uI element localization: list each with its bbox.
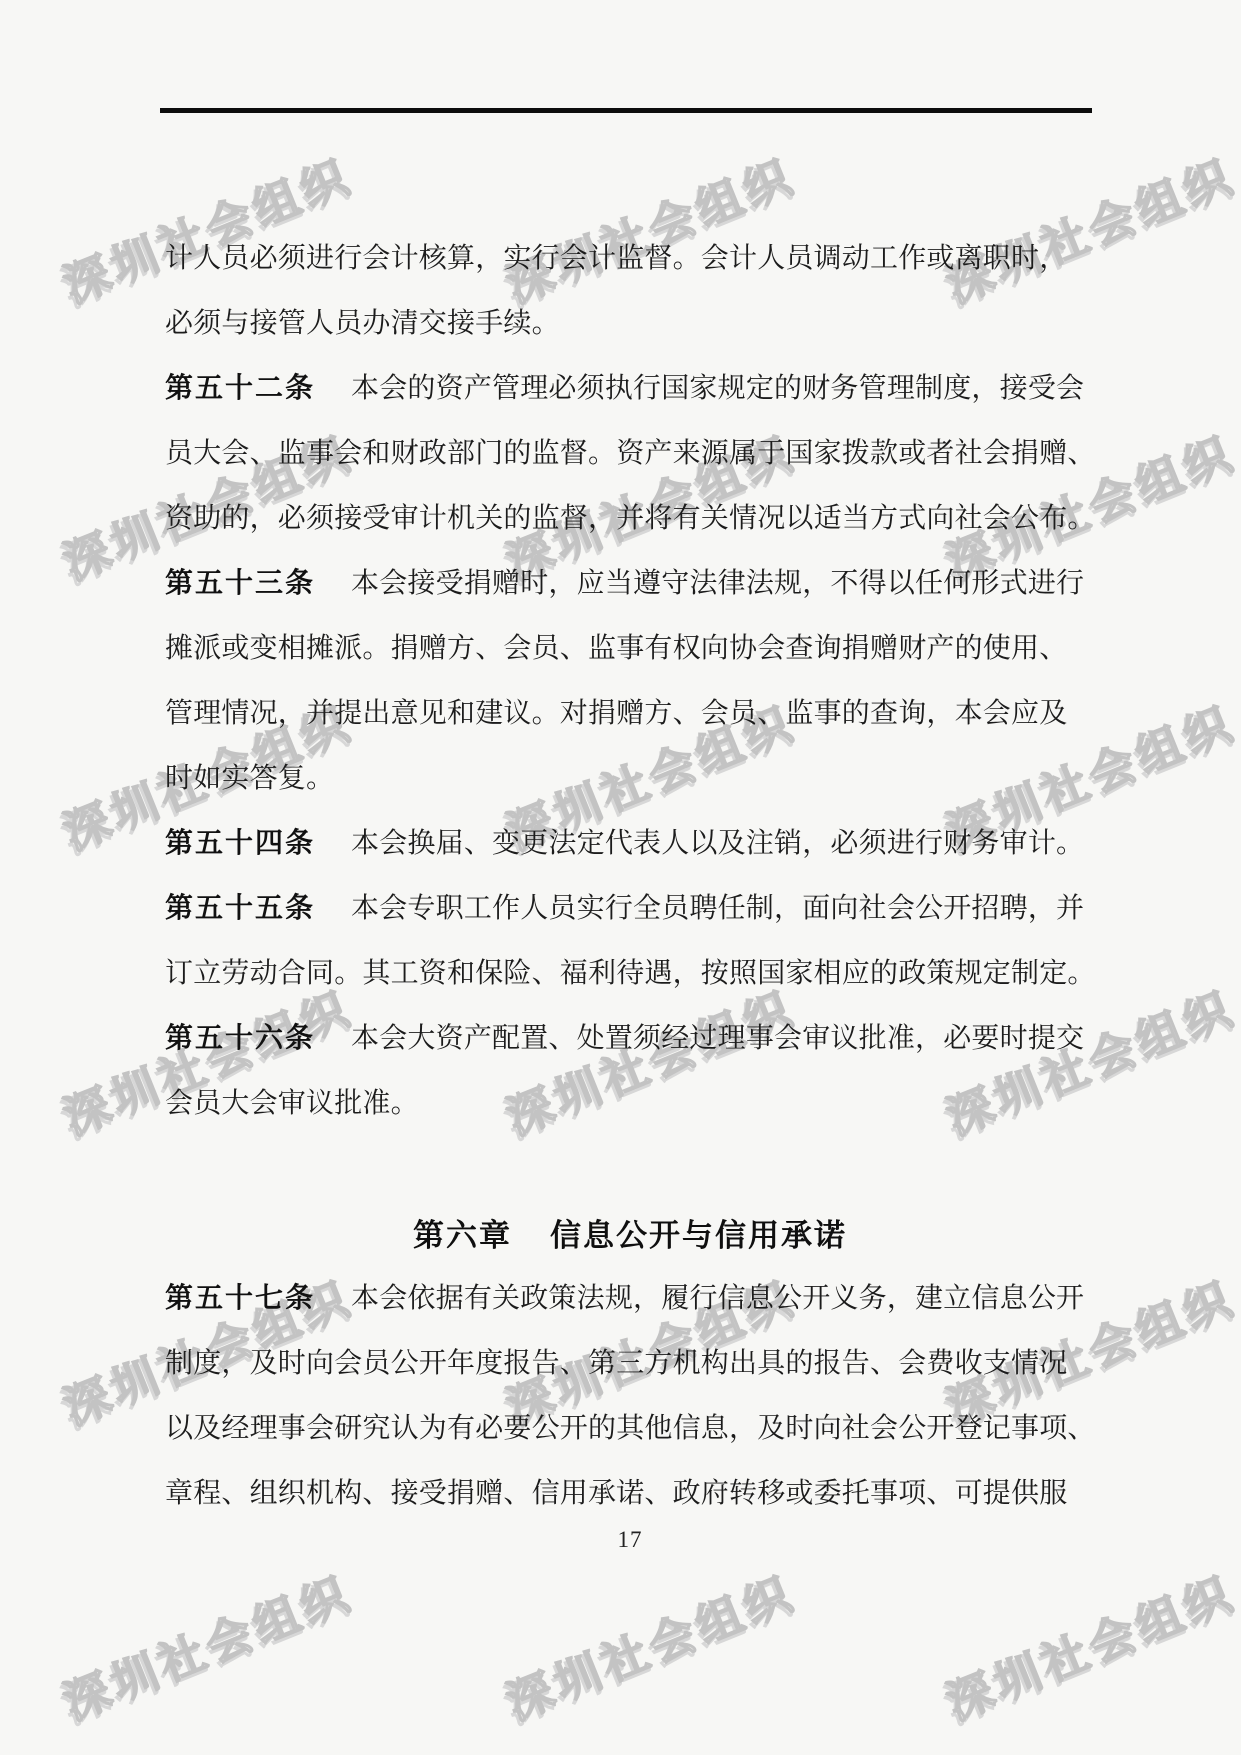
- body-line: 时如实答复。: [165, 745, 1095, 810]
- body-text: 时如实答复。: [165, 763, 334, 794]
- body-text: 本会换届、变更法定代表人以及注销，必须进行财务审计。: [351, 828, 1084, 859]
- body-text: 资助的，必须接受审计机关的监督，并将有关情况以适当方式向社会公布。: [165, 503, 1096, 534]
- body-text: 必须与接管人员办清交接手续。: [165, 308, 560, 339]
- article-number: 第五十六条: [165, 1022, 315, 1053]
- body-line: 会员大会审议批准。: [165, 1070, 1095, 1135]
- body-text: 以及经理事会研究认为有必要公开的其他信息，及时向社会公开登记事项、: [165, 1413, 1096, 1444]
- body-text: 会员大会审议批准。: [165, 1088, 419, 1119]
- watermark: 深圳社会组织深圳社会组织: [496, 1557, 804, 1733]
- body-line: 第五十四条本会换届、变更法定代表人以及注销，必须进行财务审计。: [165, 810, 1095, 875]
- article-number: 第五十七条: [165, 1282, 315, 1313]
- body-text: 订立劳动合同。其工资和保险、福利待遇，按照国家相应的政策规定制定。: [165, 958, 1096, 989]
- body-line: 第五十二条本会的资产管理必须执行国家规定的财务管理制度，接受会: [165, 355, 1095, 420]
- body-text: 计人员必须进行会计核算，实行会计监督。会计人员调动工作或离职时，: [165, 243, 1067, 274]
- body-text: 制度，及时向会员公开年度报告、第三方机构出具的报告、会费收支情况: [165, 1348, 1067, 1379]
- article-number: 第五十五条: [165, 892, 315, 923]
- article-number: 第五十四条: [165, 827, 315, 858]
- body-text: 章程、组织机构、接受捐赠、信用承诺、政府转移或委托事项、可提供服: [165, 1478, 1067, 1509]
- watermark: 深圳社会组织深圳社会组织: [53, 1557, 361, 1733]
- article-number: 第五十三条: [165, 567, 315, 598]
- body-line: 管理情况，并提出意见和建议。对捐赠方、会员、监事的查询，本会应及: [165, 680, 1095, 745]
- body-line: 第五十七条本会依据有关政策法规，履行信息公开义务，建立信息公开: [165, 1265, 1095, 1330]
- body-line: 摊派或变相摊派。捐赠方、会员、监事有权向协会查询捐赠财产的使用、: [165, 615, 1095, 680]
- document-body: 计人员必须进行会计核算，实行会计监督。会计人员调动工作或离职时， 必须与接管人员…: [165, 225, 1095, 1525]
- body-line: 第五十五条本会专职工作人员实行全员聘任制，面向社会公开招聘，并: [165, 875, 1095, 940]
- body-line: 第五十六条本会大资产配置、处置须经过理事会审议批准，必要时提交: [165, 1005, 1095, 1070]
- page-number: 17: [165, 1527, 1095, 1553]
- body-line: 制度，及时向会员公开年度报告、第三方机构出具的报告、会费收支情况: [165, 1330, 1095, 1395]
- body-text: 本会专职工作人员实行全员聘任制，面向社会公开招聘，并: [351, 893, 1084, 924]
- body-text: 本会接受捐赠时，应当遵守法律法规，不得以任何形式进行: [351, 568, 1084, 599]
- body-line: 计人员必须进行会计核算，实行会计监督。会计人员调动工作或离职时，: [165, 225, 1095, 290]
- body-line: 员大会、监事会和财政部门的监督。资产来源属于国家拨款或者社会捐赠、: [165, 420, 1095, 485]
- chapter-title: 信息公开与信用承诺: [550, 1210, 847, 1255]
- body-text: 管理情况，并提出意见和建议。对捐赠方、会员、监事的查询，本会应及: [165, 698, 1067, 729]
- chapter-number: 第六章: [413, 1210, 512, 1255]
- body-line: 第五十三条本会接受捐赠时，应当遵守法律法规，不得以任何形式进行: [165, 550, 1095, 615]
- article-number: 第五十二条: [165, 372, 315, 403]
- body-line: 必须与接管人员办清交接手续。: [165, 290, 1095, 355]
- body-text: 员大会、监事会和财政部门的监督。资产来源属于国家拨款或者社会捐赠、: [165, 438, 1096, 469]
- body-text: 摊派或变相摊派。捐赠方、会员、监事有权向协会查询捐赠财产的使用、: [165, 633, 1067, 664]
- body-text: 本会大资产配置、处置须经过理事会审议批准，必要时提交: [351, 1023, 1084, 1054]
- body-line: 资助的，必须接受审计机关的监督，并将有关情况以适当方式向社会公布。: [165, 485, 1095, 550]
- chapter-heading: 第六章信息公开与信用承诺: [165, 1200, 1095, 1265]
- document-page: 深圳社会组织深圳社会组织深圳社会组织深圳社会组织深圳社会组织深圳社会组织深圳社会…: [0, 0, 1241, 1755]
- watermark: 深圳社会组织深圳社会组织: [936, 1557, 1241, 1733]
- body-line: 以及经理事会研究认为有必要公开的其他信息，及时向社会公开登记事项、: [165, 1395, 1095, 1460]
- body-text: 本会的资产管理必须执行国家规定的财务管理制度，接受会: [351, 373, 1084, 404]
- body-text: 本会依据有关政策法规，履行信息公开义务，建立信息公开: [351, 1283, 1084, 1314]
- body-line: 章程、组织机构、接受捐赠、信用承诺、政府转移或委托事项、可提供服: [165, 1460, 1095, 1525]
- body-line: 订立劳动合同。其工资和保险、福利待遇，按照国家相应的政策规定制定。: [165, 940, 1095, 1005]
- header-rule: [160, 108, 1092, 113]
